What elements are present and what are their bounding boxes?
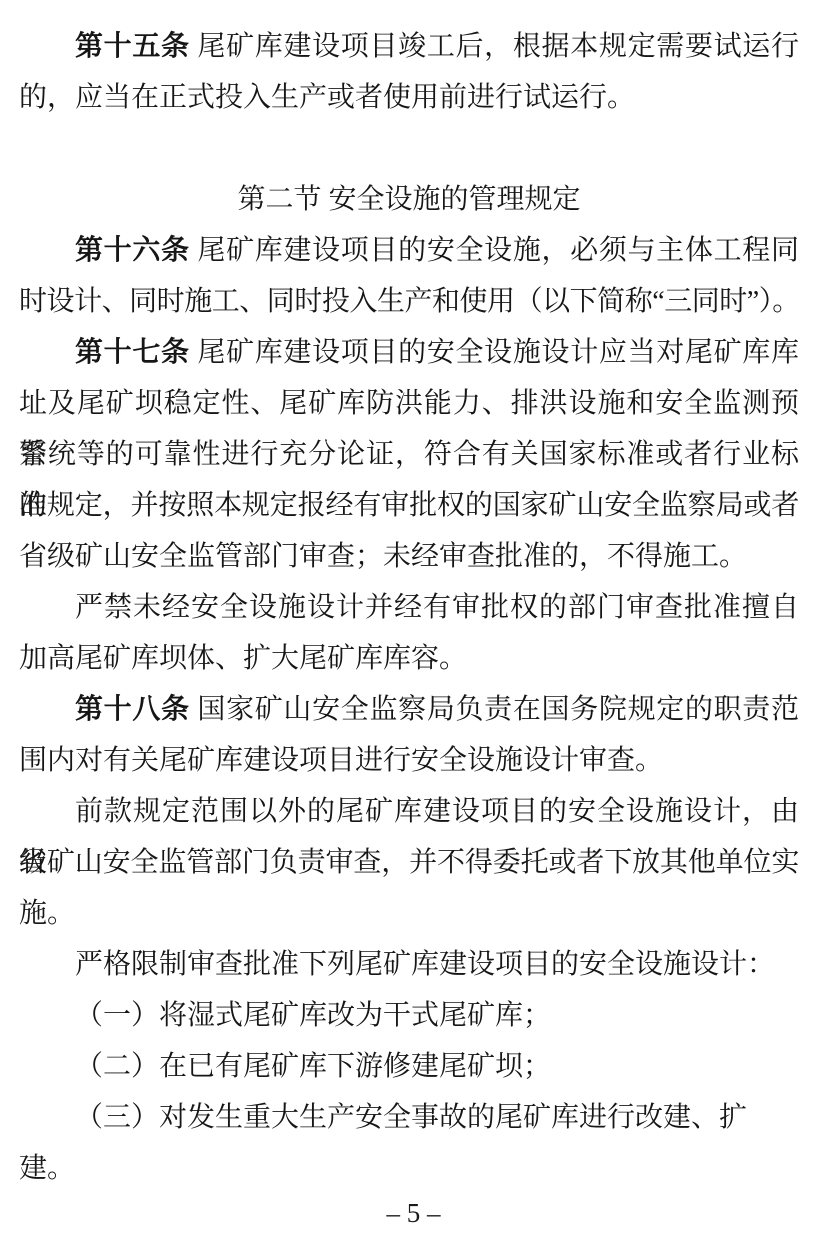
line-text: 级矿山安全监管部门负责审查，并不得委托或者下放其他单位实 bbox=[19, 847, 799, 878]
text-line: 严格限制审查批准下列尾矿库建设项目的安全设施设计： bbox=[19, 939, 799, 990]
section-heading: 第二节 安全设施的管理规定 bbox=[19, 174, 799, 225]
line-text: 施。 bbox=[19, 898, 75, 929]
line-text: 严禁未经安全设施设计并经有审批权的部门审查批准擅自 bbox=[75, 592, 799, 623]
article-number: 第十八条 bbox=[75, 694, 190, 725]
text-line: 的规定，并按照本规定报经有审批权的国家矿山安全监察局或者 bbox=[19, 480, 799, 531]
article-number: 第十五条 bbox=[75, 31, 190, 62]
line-text: 省级矿山安全监管部门审查；未经审查批准的，不得施工。 bbox=[19, 541, 747, 572]
line-text: 的规定，并按照本规定报经有审批权的国家矿山安全监察局或者 bbox=[19, 490, 799, 521]
text-line: 第十五条 尾矿库建设项目竣工后，根据本规定需要试运行 bbox=[19, 21, 799, 72]
page-number: – 5 – bbox=[0, 1198, 827, 1229]
text-line: 时设计、同时施工、同时投入生产和使用（以下简称“三同时”）。 bbox=[19, 276, 799, 327]
text-line: 第十八条 国家矿山安全监察局负责在国务院规定的职责范 bbox=[19, 684, 799, 735]
line-text: （二）在已有尾矿库下游修建尾矿坝； bbox=[75, 1051, 551, 1082]
line-text: 尾矿库建设项目的安全设施设计应当对尾矿库库 bbox=[190, 337, 799, 368]
line-text: 严格限制审查批准下列尾矿库建设项目的安全设施设计： bbox=[75, 949, 775, 980]
list-item: （二）在已有尾矿库下游修建尾矿坝； bbox=[19, 1041, 799, 1092]
line-text: （三）对发生重大生产安全事故的尾矿库进行改建、扩建。 bbox=[19, 1102, 747, 1184]
text-line: 前款规定范围以外的尾矿库建设项目的安全设施设计，由省 bbox=[19, 786, 799, 837]
list-item: （一）将湿式尾矿库改为干式尾矿库； bbox=[19, 990, 799, 1041]
document-page: 第十五条 尾矿库建设项目竣工后，根据本规定需要试运行 的，应当在正式投入生产或者… bbox=[0, 0, 827, 1249]
line-text: 尾矿库建设项目竣工后，根据本规定需要试运行 bbox=[190, 31, 799, 62]
article-number: 第十七条 bbox=[75, 337, 190, 368]
line-text: 时设计、同时施工、同时投入生产和使用（以下简称“三同时”）。 bbox=[19, 286, 799, 317]
list-item: （三）对发生重大生产安全事故的尾矿库进行改建、扩建。 bbox=[19, 1092, 799, 1143]
text-line: 第十七条 尾矿库建设项目的安全设施设计应当对尾矿库库 bbox=[19, 327, 799, 378]
text-line: 址及尾矿坝稳定性、尾矿库防洪能力、排洪设施和安全监测预警 bbox=[19, 378, 799, 429]
text-line: 围内对有关尾矿库建设项目进行安全设施设计审查。 bbox=[19, 735, 799, 786]
text-line: 的，应当在正式投入生产或者使用前进行试运行。 bbox=[19, 72, 799, 123]
text-line: 加高尾矿库坝体、扩大尾矿库库容。 bbox=[19, 633, 799, 684]
article-number: 第十六条 bbox=[75, 235, 190, 266]
text-line: 省级矿山安全监管部门审查；未经审查批准的，不得施工。 bbox=[19, 531, 799, 582]
text-line: 系统等的可靠性进行充分论证，符合有关国家标准或者行业标准 bbox=[19, 429, 799, 480]
line-text: 围内对有关尾矿库建设项目进行安全设施设计审查。 bbox=[19, 745, 663, 776]
line-text: 的，应当在正式投入生产或者使用前进行试运行。 bbox=[19, 82, 635, 113]
text-line: 第十六条 尾矿库建设项目的安全设施，必须与主体工程同 bbox=[19, 225, 799, 276]
text-line: 级矿山安全监管部门负责审查，并不得委托或者下放其他单位实 bbox=[19, 837, 799, 888]
line-text: （一）将湿式尾矿库改为干式尾矿库； bbox=[75, 1000, 551, 1031]
text-line: 施。 bbox=[19, 888, 799, 939]
line-text: 尾矿库建设项目的安全设施，必须与主体工程同 bbox=[190, 235, 799, 266]
line-text: 加高尾矿库坝体、扩大尾矿库库容。 bbox=[19, 643, 467, 674]
text-line: 严禁未经安全设施设计并经有审批权的部门审查批准擅自 bbox=[19, 582, 799, 633]
line-text: 国家矿山安全监察局负责在国务院规定的职责范 bbox=[190, 694, 799, 725]
